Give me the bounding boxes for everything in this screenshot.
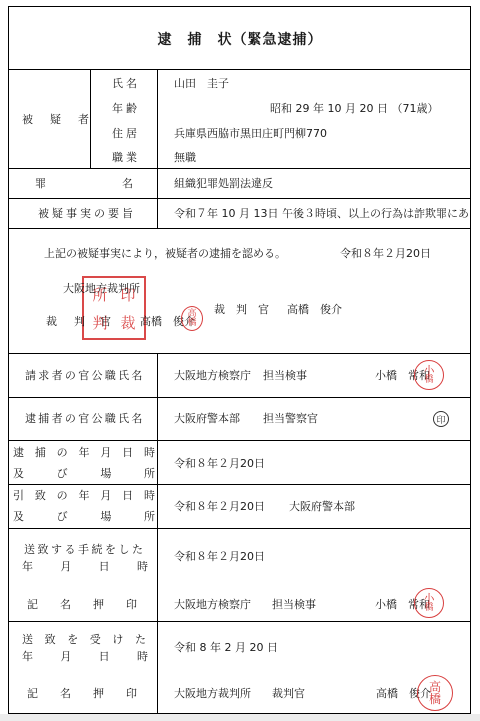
label-char: 日 (122, 447, 133, 458)
label-char: を (67, 634, 78, 645)
label-char: 名 (60, 688, 71, 699)
transfer-received-sign-label: 記 名 押 印 (27, 688, 137, 699)
label-char: 送 (22, 634, 33, 645)
label-char: 時 (137, 651, 148, 662)
suspect-birthdate-age: 昭和 29 年 10 月 20 日 （71歳） (270, 103, 438, 114)
label-char: た (135, 634, 146, 645)
label-char: 日 (122, 490, 133, 501)
arrester-role: 担当警察官 (263, 413, 318, 424)
suspect-occupation: 無職 (174, 152, 196, 163)
label-char: 年 (78, 447, 89, 458)
label-char: 月 (60, 561, 71, 572)
label-char: 月 (100, 447, 111, 458)
judge-signature-label: 裁 判 官 (214, 304, 269, 315)
court-name: 大阪地方裁判所 (63, 283, 140, 294)
suspect-name: 山田 圭子 (174, 78, 229, 89)
crime-label-right: 名 (122, 178, 133, 189)
label-char: 月 (100, 490, 111, 501)
field-label-age: 年齢 (112, 103, 140, 114)
arrest-datetime: 令和８年２月20日 (174, 458, 265, 469)
label-char: 時 (144, 490, 155, 501)
label-char: 記 (27, 688, 38, 699)
transfer-sent-seal-stamp: 小 橋 (414, 588, 444, 618)
seal-char: 橋 (424, 376, 433, 385)
divider (157, 353, 158, 714)
approval-statement: 上記の被疑事実により，被疑者の逮捕を認める。 (44, 248, 286, 259)
divider (8, 397, 471, 398)
label-char: 受 (90, 634, 101, 645)
label-char: の (57, 447, 68, 458)
transfer-sent-label-line1: 送致する手続をした (24, 544, 146, 555)
custody-place: 大阪府警本部 (289, 501, 355, 512)
transfer-received-date: 令和 8 年 2 月 20 日 (174, 642, 278, 653)
label-char: 押 (93, 599, 104, 610)
seal-char: 橋 (429, 693, 441, 705)
requester-role: 担当検事 (263, 370, 307, 381)
transfer-sent-sign-label: 記 名 押 印 (27, 599, 137, 610)
label-char: 時 (137, 561, 148, 572)
label-char: 月 (60, 651, 71, 662)
transfer-sent-label-line2: 年 月 日 時 (22, 561, 148, 572)
divider (8, 168, 471, 169)
divider (8, 198, 471, 199)
seal-char: 裁 (114, 312, 142, 333)
divider (8, 621, 471, 622)
transfer-sent-office: 大阪地方検察庁 (174, 599, 251, 610)
transfer-received-seal-stamp: 高 橋 (417, 675, 453, 711)
divider (8, 228, 471, 229)
label-char: 名 (60, 599, 71, 610)
divider (8, 528, 471, 529)
suspect-address: 兵庫県西脇市黒田庄町門柳770 (174, 128, 327, 139)
label-char: 印 (126, 688, 137, 699)
seal-char: 橋 (424, 604, 433, 613)
divider (8, 69, 471, 70)
seal-char: 橋 (187, 319, 196, 328)
label-char: 場 (100, 511, 111, 522)
requester-label: 請求者の官公職氏名 (25, 370, 145, 381)
label-char: 致 (35, 490, 46, 501)
judge-label-char: 裁 (46, 316, 57, 327)
document-title: 逮 捕 状（緊急逮捕） (0, 33, 480, 47)
divider (8, 484, 471, 485)
crime-label-left: 罪 (35, 178, 46, 189)
facts-label: 被疑事実の要旨 (38, 208, 136, 219)
transfer-sent-role: 担当検事 (272, 599, 316, 610)
arrest-time-label-line2: 及 び 場 所 (13, 468, 155, 479)
label-char: 及 (13, 511, 24, 522)
label-char: 記 (27, 599, 38, 610)
facts-summary: 令和７年 10 月 13日 午後３時頃、以上の行為は詐欺罪にあたる (174, 208, 470, 219)
custody-time-label-line2: 及 び 場 所 (13, 511, 155, 522)
label-char: 年 (78, 490, 89, 501)
suspect-section-label: 被 疑 者 (22, 114, 92, 125)
label-char: け (112, 634, 123, 645)
transfer-received-office: 大阪地方裁判所 (174, 688, 251, 699)
label-char: 所 (144, 511, 155, 522)
label-char: 時 (144, 447, 155, 458)
field-label-address: 住居 (112, 128, 140, 139)
divider (8, 440, 471, 441)
label-char: び (57, 511, 68, 522)
seal-placeholder-icon: 印 (433, 411, 449, 427)
custody-time-label-line1: 引 致 の 年 月 日 時 (13, 490, 155, 501)
field-label-name: 氏名 (112, 78, 140, 89)
label-char: 捕 (35, 447, 46, 458)
transfer-received-label-line2: 年 月 日 時 (22, 651, 148, 662)
transfer-sent-date: 令和８年２月20日 (174, 551, 265, 562)
arrester-label: 逮捕者の官公職氏名 (25, 413, 145, 424)
approval-date: 令和８年２月20日 (340, 248, 431, 259)
label-char: の (57, 490, 68, 501)
label-char: 日 (99, 651, 110, 662)
crime-name: 組織犯罪処罰法違反 (174, 178, 273, 189)
judge-signature-name: 高橋 俊介 (287, 304, 342, 315)
label-char: 及 (13, 468, 24, 479)
label-char: 印 (126, 599, 137, 610)
judge-label-char: 判 (74, 316, 85, 327)
divider (8, 353, 471, 354)
label-char: 日 (99, 561, 110, 572)
custody-date: 令和８年２月20日 (174, 501, 265, 512)
transfer-received-label-line1: 送 致 を 受 け た (22, 634, 146, 645)
label-char: 押 (93, 688, 104, 699)
divider (157, 69, 158, 228)
label-char: び (57, 468, 68, 479)
judge-label-char: 官 (100, 316, 111, 327)
judge-seal-stamp: 高 橋 (181, 306, 203, 331)
requester-seal-stamp: 小 橋 (414, 360, 444, 390)
page-bottom-strip (0, 714, 480, 721)
label-char: 致 (45, 634, 56, 645)
requester-office: 大阪地方検察庁 (174, 370, 251, 381)
label-char: 所 (144, 468, 155, 479)
label-char: 逮 (13, 447, 24, 458)
label-char: 年 (22, 561, 33, 572)
field-label-occupation: 職業 (112, 152, 140, 163)
label-char: 場 (100, 468, 111, 479)
arrester-office: 大阪府警本部 (174, 413, 240, 424)
transfer-received-role: 裁判官 (272, 688, 305, 699)
label-char: 引 (13, 490, 24, 501)
label-char: 年 (22, 651, 33, 662)
arrest-time-label-line1: 逮 捕 の 年 月 日 時 (13, 447, 155, 458)
